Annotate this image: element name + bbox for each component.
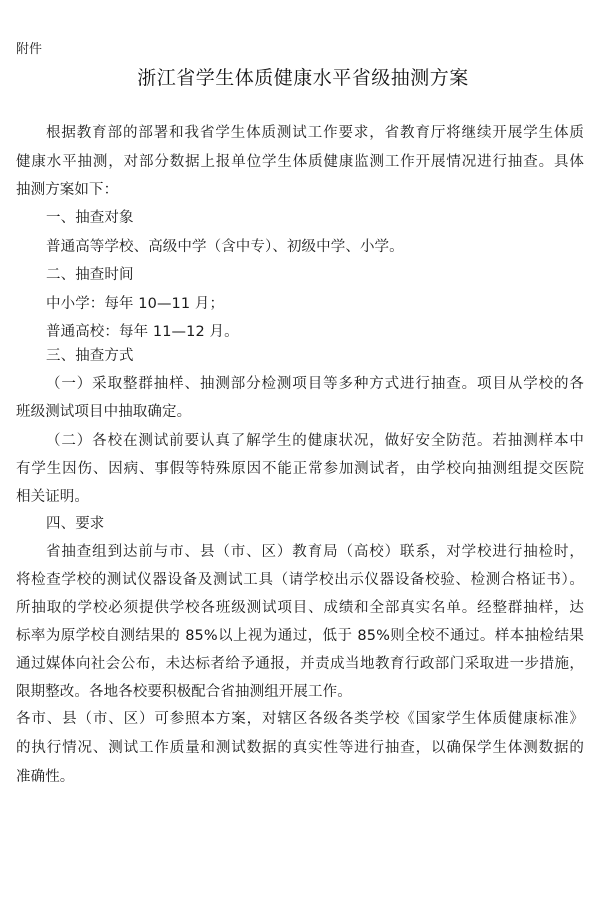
section-heading-4: 四、要求 — [46, 514, 104, 534]
closing-paragraph-line-1: 各市、县（市、区）可参照本方案，对辖区各级各类学校《国家学生体质健康标准》 — [16, 709, 584, 729]
section-3-item-2-line-2: 有学生因伤、因病、事假等特殊原因不能正常参加测试者，由学校向抽测组提交医院 — [16, 459, 584, 479]
section-4-line-4: 标率为原学校自测结果的 85%以上视为通过，低于 85%则全校不通过。样本抽检结… — [16, 626, 584, 646]
section-heading-3: 三、抽查方式 — [46, 346, 134, 366]
section-4-line-1: 省抽查组到达前与市、县（市、区）教育局（高校）联系，对学校进行抽检时， — [46, 542, 584, 562]
closing-paragraph-line-3: 准确性。 — [16, 767, 74, 787]
section-2-universities: 普通高校：每年 11—12 月。 — [46, 322, 239, 342]
section-2-primary-secondary: 中小学：每年 10—11 月； — [46, 294, 224, 314]
paragraph-intro-line-2: 健康水平抽测，对部分数据上报单位学生体质健康监测工作开展情况进行抽查。具体 — [16, 152, 584, 172]
section-4-line-3: 所抽取的学校必须提供学校各班级测试项目、成绩和全部真实名单。经整群抽样，达 — [16, 598, 584, 618]
section-3-item-2-line-1: （二）各校在测试前要认真了解学生的健康状况，做好安全防范。若抽测样本中 — [46, 431, 584, 451]
closing-paragraph-line-2: 的执行情况、测试工作质量和测试数据的真实性等进行抽查，以确保学生体测数据的 — [16, 738, 584, 758]
section-3-item-1-line-2: 班级测试项目中抽取确定。 — [16, 402, 191, 422]
attachment-label: 附件 — [16, 42, 42, 58]
paragraph-intro-line-3: 抽测方案如下： — [16, 180, 118, 200]
paragraph-intro-line-1: 根据教育部的部署和我省学生体质测试工作要求，省教育厅将继续开展学生体质 — [46, 123, 584, 143]
section-4-line-6: 限期整改。各地各校要积极配合省抽测组开展工作。 — [16, 682, 352, 702]
document-title: 浙江省学生体质健康水平省级抽测方案 — [0, 66, 600, 90]
section-heading-2: 二、抽查时间 — [46, 265, 134, 285]
section-3-item-2-line-3: 相关证明。 — [16, 487, 89, 507]
document-page: 附件 浙江省学生体质健康水平省级抽测方案 根据教育部的部署和我省学生体质测试工作… — [0, 0, 600, 905]
section-1-content: 普通高等学校、高级中学（含中专）、初级中学、小学。 — [46, 237, 404, 257]
section-heading-1: 一、抽查对象 — [46, 208, 134, 228]
section-4-line-2: 将检查学校的测试仪器设备及测试工具（请学校出示仪器设备校验、检测合格证书）。 — [16, 570, 584, 590]
section-3-item-1-line-1: （一）采取整群抽样、抽测部分检测项目等多种方式进行抽查。项目从学校的各 — [46, 374, 584, 394]
section-4-line-5: 通过媒体向社会公布，未达标者给予通报，并责成当地教育行政部门采取进一步措施， — [16, 654, 584, 674]
